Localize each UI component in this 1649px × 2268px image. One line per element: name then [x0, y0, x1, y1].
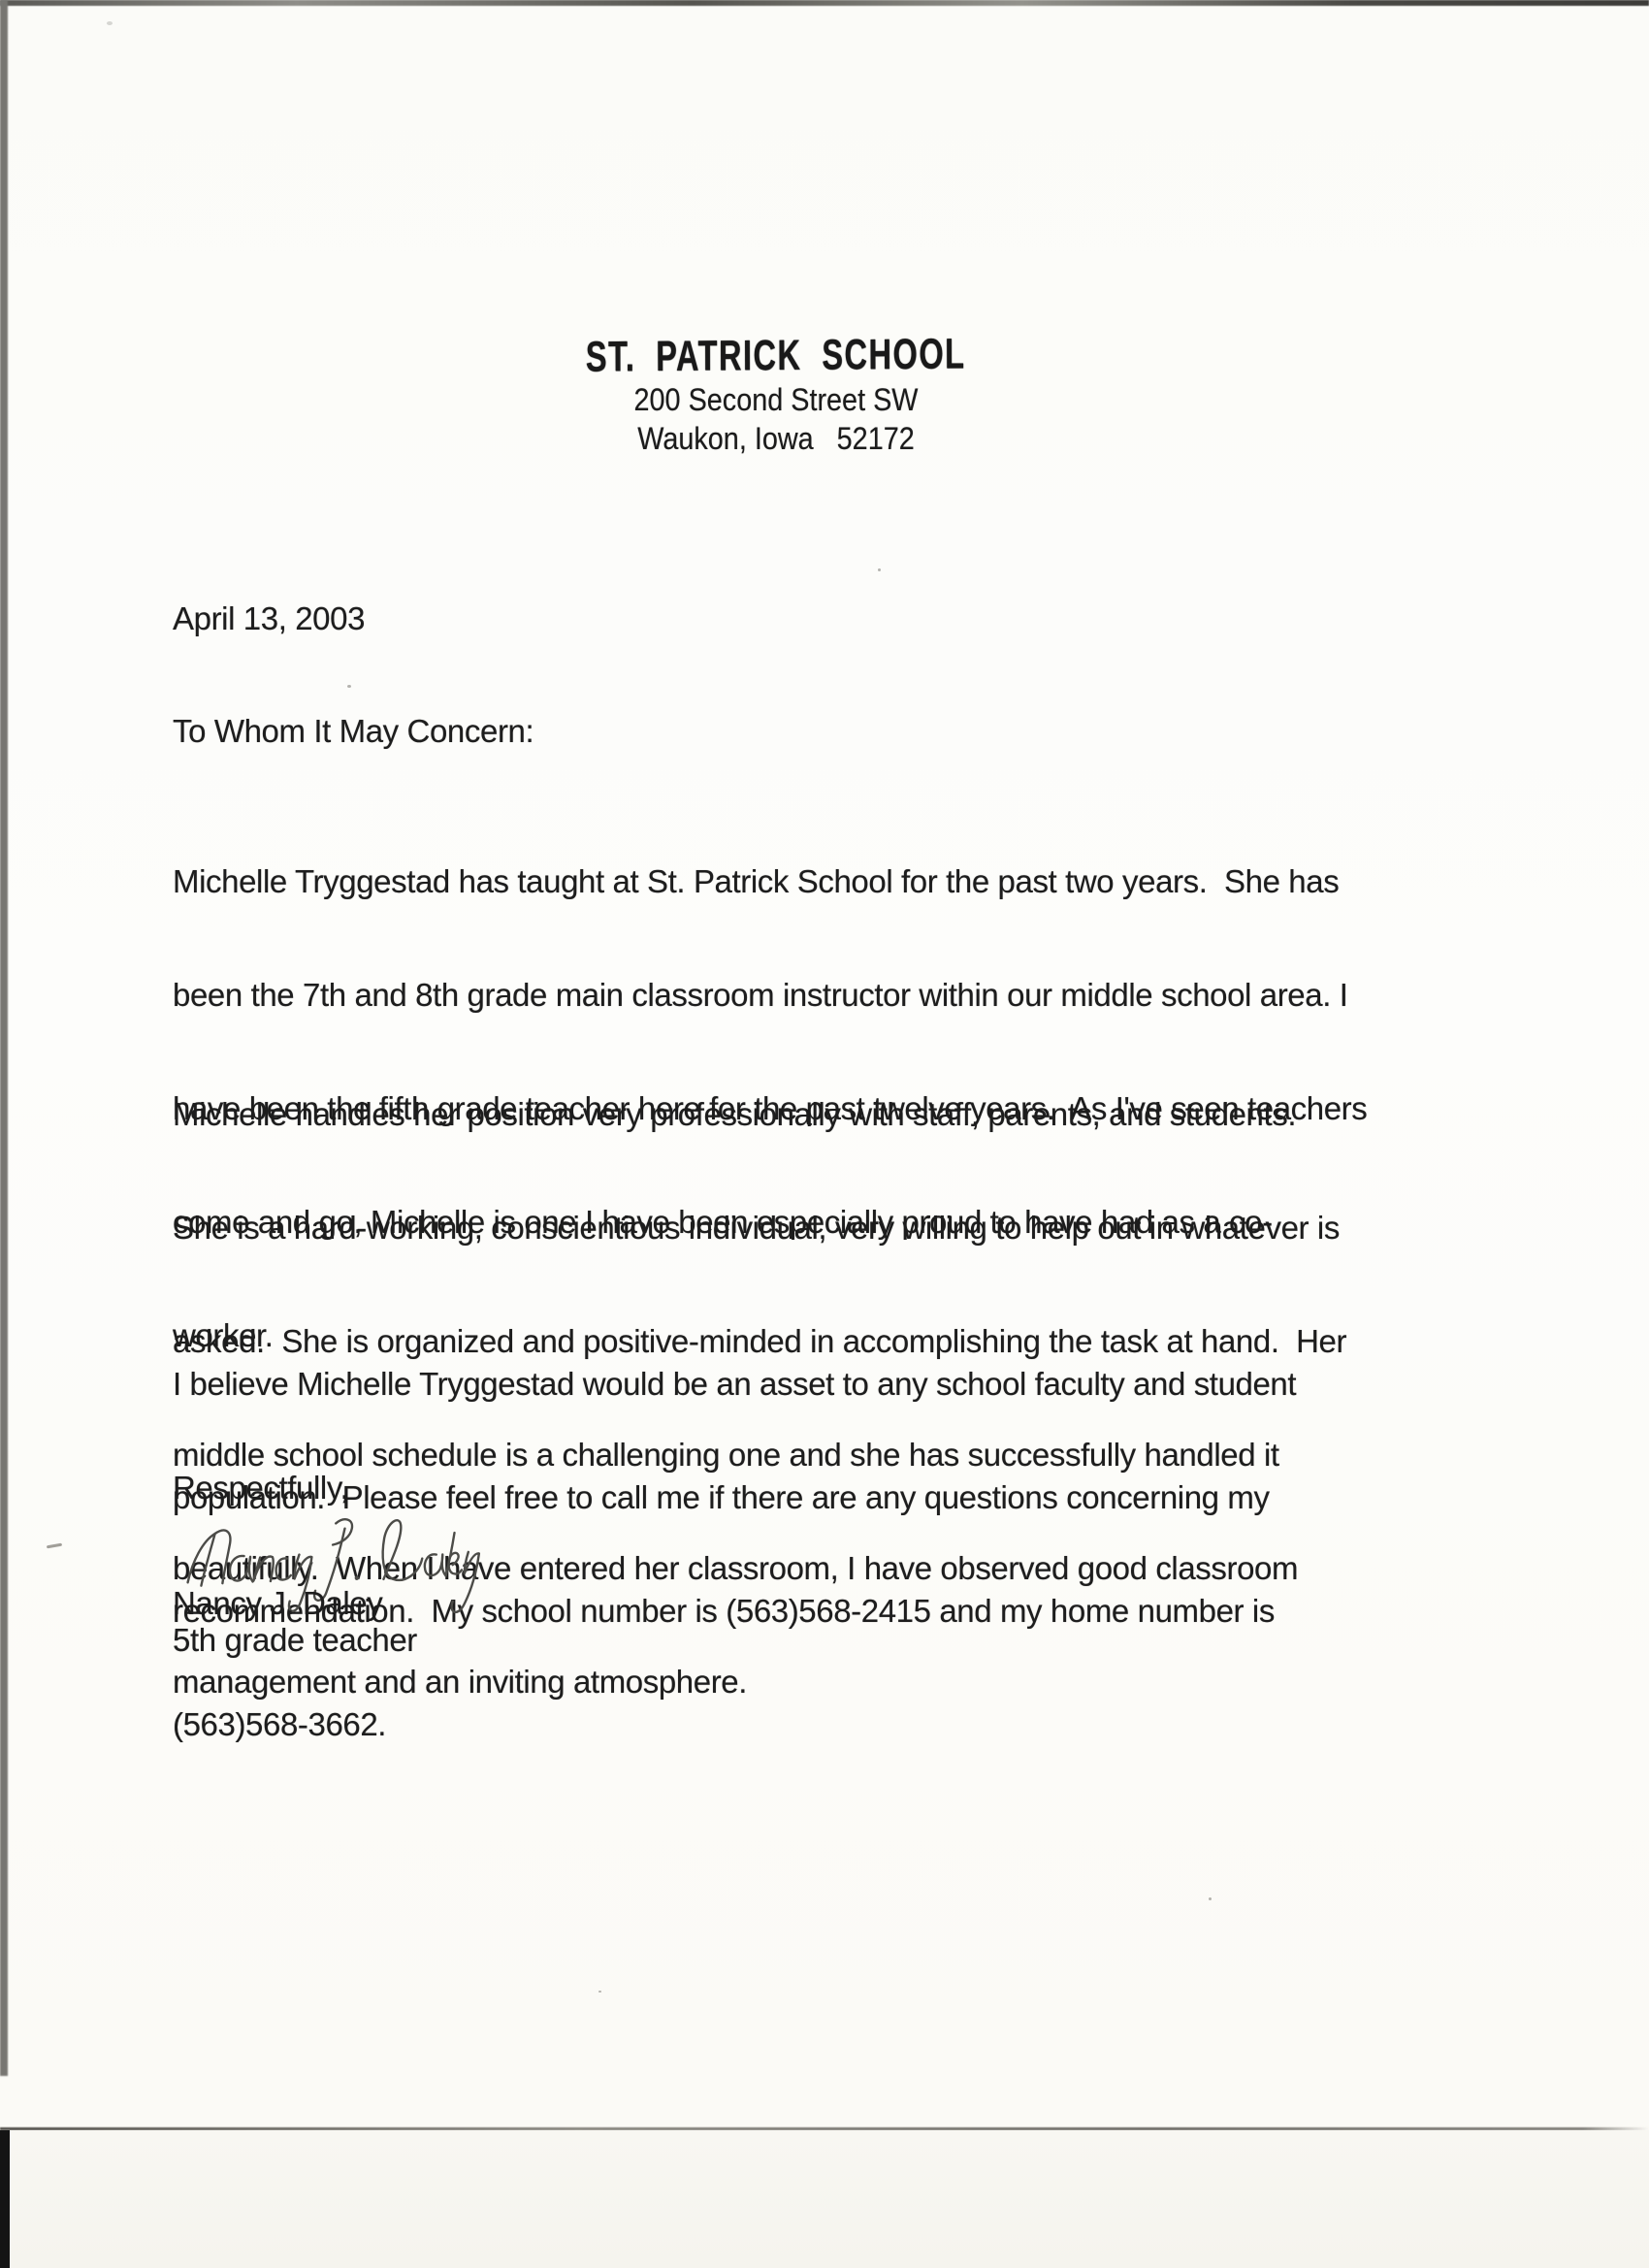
- school-address-street: 200 Second Street SW: [78, 380, 1474, 419]
- school-name: ST. PATRICK SCHOOL: [586, 330, 966, 381]
- school-address-city: Waukon, Iowa 52172: [78, 419, 1474, 458]
- salutation: To Whom It May Concern:: [173, 712, 533, 750]
- scan-bottom-left-artifact: [0, 2130, 10, 2268]
- closing: Respectfully,: [173, 1469, 348, 1507]
- scan-speck: [1209, 1897, 1212, 1900]
- scan-speck: [878, 568, 881, 571]
- letterhead: ST. PATRICK SCHOOL 200 Second Street SW …: [0, 332, 1552, 458]
- paragraph-line: Michelle handles her position very profe…: [173, 1095, 1346, 1133]
- paragraph-line: I believe Michelle Tryggestad would be a…: [173, 1365, 1296, 1403]
- scan-speck: [347, 685, 351, 688]
- scan-speck: [107, 21, 113, 25]
- scan-left-edge-artifact: [0, 0, 8, 2076]
- scan-speck: [598, 1991, 601, 1993]
- letter-date: April 13, 2003: [173, 599, 365, 637]
- signer-role: 5th grade teacher: [173, 1621, 417, 1659]
- scanned-letter-page: ST. PATRICK SCHOOL 200 Second Street SW …: [0, 0, 1649, 2268]
- paragraph-line: Michelle Tryggestad has taught at St. Pa…: [173, 862, 1367, 900]
- surface-below-paper: [0, 2130, 1649, 2268]
- paragraph-line: (563)568-3662.: [173, 1705, 1296, 1743]
- signer-name: Nancy J. Daley: [173, 1584, 382, 1622]
- paragraph-line: She is a hard-working, conscientious ind…: [173, 1209, 1346, 1247]
- scan-top-edge-artifact: [0, 0, 1649, 6]
- paragraph-line: been the 7th and 8th grade main classroo…: [173, 976, 1367, 1014]
- pencil-mark: [47, 1543, 62, 1549]
